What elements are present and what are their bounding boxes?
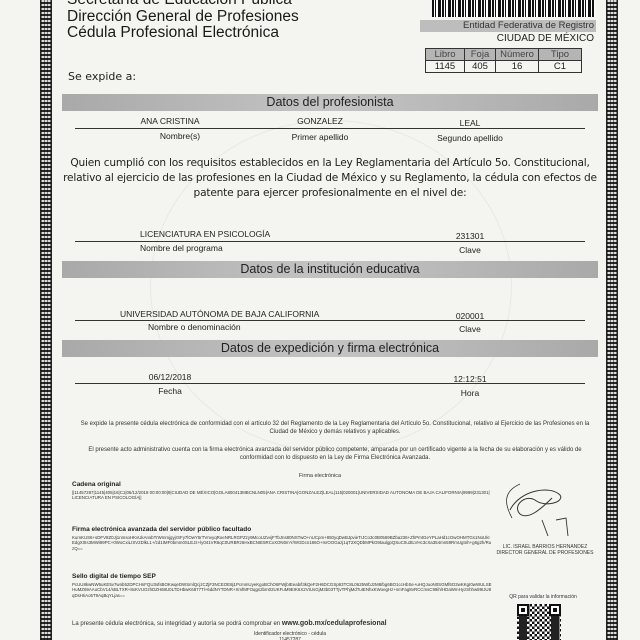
- registro-foja: 405: [465, 61, 496, 73]
- declaracion-text: Quien cumplió con los requisitos estable…: [62, 156, 598, 201]
- se-expide-label: Se expide a:: [68, 70, 136, 83]
- legal-paragraph-2: El presente acto administrativo cuenta c…: [72, 446, 598, 462]
- segundo-apellido-value: LEAL: [420, 118, 520, 128]
- expedicion-divider: [75, 383, 585, 384]
- primer-apellido-value: GONZALEZ: [260, 116, 380, 126]
- registro-tipo: C1: [539, 61, 582, 73]
- signature-scribble: [490, 480, 580, 540]
- nombre-value: ANA CRISTINA: [100, 116, 240, 126]
- fecha-value: 06/12/2018: [140, 372, 200, 382]
- fecha-label: Fecha: [140, 386, 200, 396]
- qr-label: QR para validar la información: [508, 593, 578, 601]
- decorative-border-right: [606, 0, 618, 640]
- institucion-divider: [75, 320, 585, 321]
- nombre-label: Nombre(s): [130, 131, 230, 141]
- section-institucion: Datos de la institución educativa: [62, 261, 598, 278]
- primer-apellido-label: Primer apellido: [260, 132, 380, 142]
- institucion-value: UNIVERSIDAD AUTÓNOMA DE BAJA CALIFORNIA: [120, 309, 360, 319]
- registro-numero: 16: [496, 61, 539, 73]
- qr-finder-icon: [517, 604, 529, 616]
- programa-label: Nombre del programa: [140, 243, 260, 253]
- sello-digital-text: PcUU8kwNW6uKE5v7wnb52DPCHnFQU3sfsBOKwqeD…: [72, 582, 492, 598]
- firmante-cargo: DIRECTOR GENERAL DE PROFESIONES: [490, 550, 600, 556]
- registro-header-foja: Foja: [465, 49, 496, 61]
- registro-table: Libro Foja Número Tipo 1145 405 16 C1: [425, 48, 582, 73]
- registro-libro: 1145: [426, 61, 465, 73]
- programa-divider: [75, 241, 585, 242]
- institucion-label: Nombre o denominación: [148, 322, 288, 332]
- section-expedicion: Datos de expedición y firma electrónica: [62, 340, 598, 357]
- programa-clave-label: Clave: [440, 245, 500, 255]
- legal-paragraph-1: Se expide la presente cédula electrónica…: [72, 420, 598, 436]
- verificacion-url[interactable]: www.gob.mx/cedulaprofesional: [282, 620, 387, 627]
- segundo-apellido-label: Segundo apellido: [420, 133, 520, 143]
- identificador-value: 11457287: [200, 636, 380, 640]
- registro-header-tipo: Tipo: [539, 49, 582, 61]
- cadena-original-title: Cadena original: [72, 481, 121, 488]
- hora-label: Hora: [440, 388, 500, 398]
- cadena-original-text: ||11457287|1145|405|16|C1|06/12/2018 00:…: [72, 490, 492, 501]
- verificacion-text: La presente cédula electrónica, su integ…: [72, 620, 502, 628]
- section-profesionista: Datos del profesionista: [62, 94, 598, 111]
- sello-digital-title: Sello digital de tiempo SEP: [72, 573, 156, 580]
- profesionista-divider: [75, 128, 585, 129]
- entidad-federativa-label: Entidad Federativa de Registro: [420, 20, 596, 32]
- registro-header-numero: Número: [496, 49, 539, 61]
- programa-value: LICENCIATURA EN PSICOLOGÍA: [140, 229, 320, 239]
- entidad-federativa-value: CIUDAD DE MÉXICO: [420, 33, 594, 44]
- firma-avanzada-title: Firma electrónica avanzada del servidor …: [72, 526, 251, 533]
- firma-avanzada-text: KumKUS6+sDFV8Z0Jj1nmsoHKvUkAnsbTrWmmjgyj…: [72, 535, 492, 551]
- programa-clave-value: 231301: [440, 231, 500, 241]
- verificacion-sentence: La presente cédula electrónica, su integ…: [72, 621, 280, 627]
- qr-finder-icon: [549, 604, 561, 616]
- registro-header-libro: Libro: [426, 49, 465, 61]
- firma-electronica-label: Firma electrónica: [250, 472, 390, 480]
- qr-code[interactable]: [517, 604, 561, 640]
- decorative-border-left: [40, 0, 52, 640]
- header-cedula: Cédula Profesional Electrónica: [67, 24, 279, 42]
- institucion-clave-label: Clave: [440, 324, 500, 334]
- barcode: [432, 0, 595, 17]
